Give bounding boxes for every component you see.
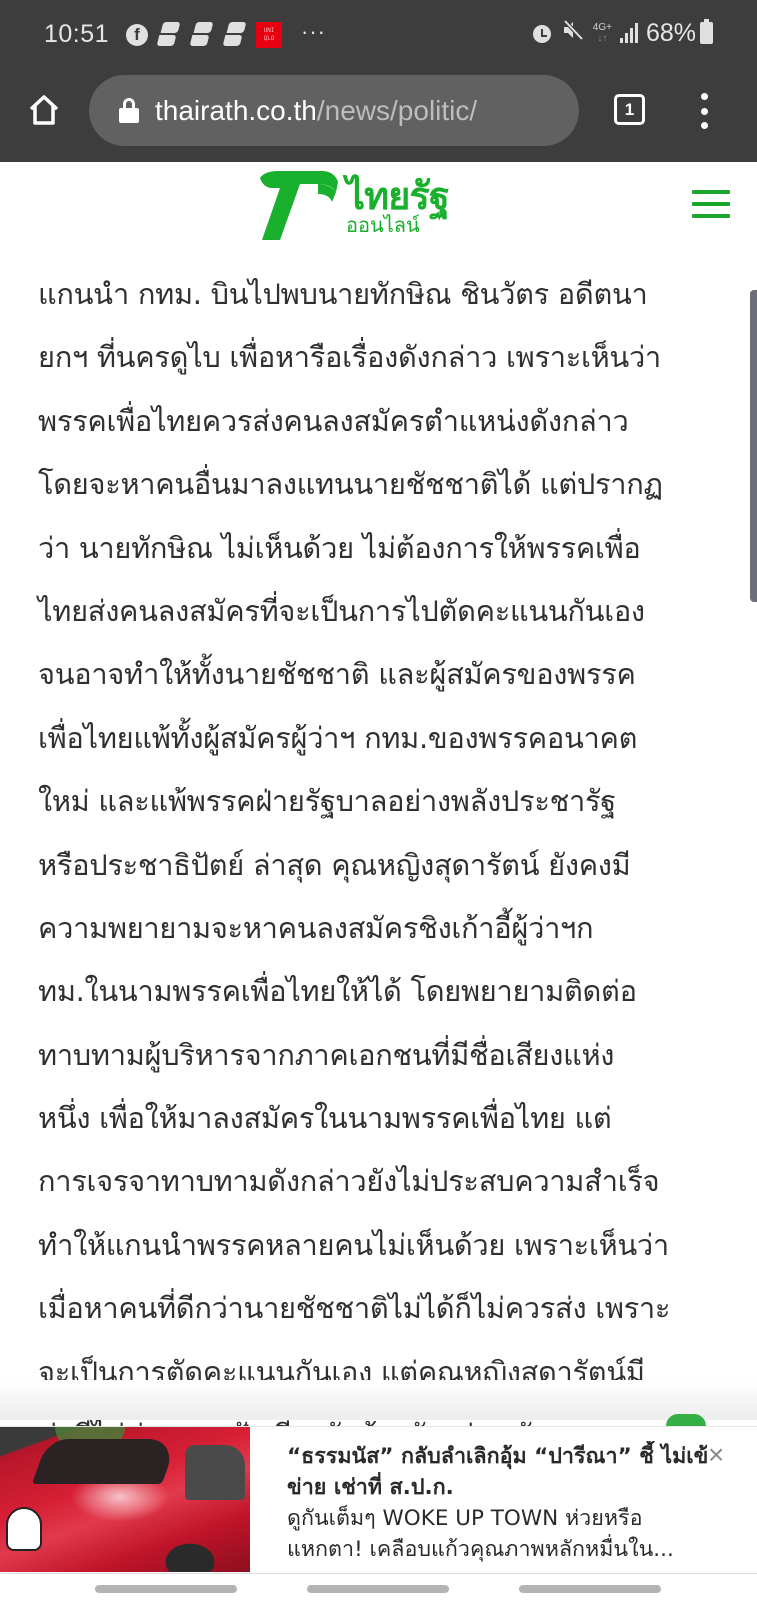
bottom-nav-bar: [0, 1573, 757, 1600]
ad-shadow: [0, 1380, 757, 1420]
nav-handle-right[interactable]: [519, 1585, 661, 1593]
nav-handle-left[interactable]: [95, 1585, 237, 1593]
ad-text[interactable]: “ธรรมนัส” กลับลำเลิกอุ้ม “ปารีณา” ชี้ ไม…: [287, 1441, 707, 1565]
mute-icon: [561, 18, 585, 48]
article-line: โดยจะหาคนอื่นมาลงแทนนายชัชชาติได้ แต่ปรา…: [38, 453, 728, 516]
home-icon: [26, 92, 62, 128]
more-notifications-icon: ···: [301, 19, 326, 45]
status-bar: 10:51 f UNI QLO ··· 4G+ ↓↑ 68%: [0, 0, 757, 72]
network-label: 4G+: [593, 22, 612, 33]
article-line: ยกฯ ที่นครดูไบ เพื่อหารือเรื่องดังกล่าว …: [38, 326, 728, 389]
ad-thumbnail-image[interactable]: [0, 1427, 250, 1572]
ad-sponsored-line1: ดูกันเต็มๆ WOKE UP TOWN ห่วยหรือ: [287, 1503, 707, 1534]
signal-icon: [620, 23, 638, 43]
article-line: แกนนำ กทม. บินไปพบนายทักษิณ ชินวัตร อดีต…: [38, 263, 728, 326]
article-line: การเจรจาทาบทามดังกล่าวยังไม่ประสบความสำเ…: [38, 1150, 728, 1213]
uniqlo-label-top: UNI: [264, 27, 275, 35]
s-app-icon: [157, 22, 181, 48]
lock-icon: [119, 98, 139, 124]
floating-green-button[interactable]: [666, 1414, 706, 1426]
ad-headline-line1: “ธรรมนัส” กลับลำเลิกอุ้ม “ปารีณา” ชี้ ไม…: [287, 1441, 707, 1472]
article-line: ความพยายามจะหาคนลงสมัครชิงเก้าอี้ผู้ว่าฯ…: [38, 897, 728, 960]
more-vert-icon[interactable]: [696, 93, 712, 129]
address-bar[interactable]: thairath.co.th/news/politic/: [89, 75, 579, 146]
url-path: /news/politic/: [317, 95, 477, 126]
ad-headline-line2: ข่าย เช่าที่ ส.ป.ก.: [287, 1472, 707, 1503]
s-app-icon: [190, 22, 214, 48]
uniqlo-label-bottom: QLO: [264, 35, 275, 43]
article-line: พรรคเพื่อไทยควรส่งคนลงสมัครตำแหน่งดังกล่…: [38, 390, 728, 453]
article-line: เพื่อไทยแพ้ทั้งผู้สมัครผู้ว่าฯ กทม.ของพร…: [38, 707, 728, 770]
page-scrollbar[interactable]: [750, 290, 757, 602]
facebook-icon: f: [126, 24, 148, 46]
article-line: เมื่อหาคนที่ดีกว่านายชัชชาติไม่ได้ก็ไม่ค…: [38, 1277, 728, 1340]
logo-t-icon: [258, 170, 340, 242]
nav-handle-center[interactable]: [307, 1585, 449, 1593]
article-line: ทม.ในนามพรรคเพื่อไทยให้ได้ โดยพยายามติดต…: [38, 960, 728, 1023]
system-icons: 4G+ ↓↑ 68%: [531, 18, 713, 48]
battery-icon: [700, 22, 713, 44]
notification-icons: f UNI QLO ···: [126, 22, 326, 48]
rabbit-sticker-icon: [6, 1507, 42, 1551]
article-line: ว่า นายทักษิณ ไม่เห็นด้วย ไม่ต้องการให้พ…: [38, 517, 728, 580]
news-ad-banner[interactable]: “ธรรมนัส” กลับลำเลิกอุ้ม “ปารีณา” ชี้ ไม…: [0, 1426, 757, 1573]
hamburger-icon[interactable]: [692, 190, 730, 218]
browser-toolbar: thairath.co.th/news/politic/ 1: [0, 72, 757, 162]
s-app-icon: [223, 22, 247, 48]
logo-main-text: ไทยรัฐ: [346, 177, 449, 215]
article-line: ไทยส่งคนลงสมัครที่จะเป็นการไปตัดคะแนนกัน…: [38, 580, 728, 643]
close-icon[interactable]: ×: [708, 1441, 724, 1469]
article-line: จนอาจทำให้ทั้งนายชัชชาติ และผู้สมัครของพ…: [38, 643, 728, 706]
site-header: ไทยรัฐ ออนไลน์: [0, 162, 757, 248]
4g-plus-icon: 4G+ ↓↑: [593, 22, 612, 44]
uniqlo-icon: UNI QLO: [256, 22, 282, 48]
article-line: หรือประชาธิปัตย์ ล่าสุด คุณหญิงสุดารัตน์…: [38, 834, 728, 897]
network-arrows: ↓↑: [593, 33, 612, 44]
article-line: ใหม่ และแพ้พรรคฝ่ายรัฐบาลอย่างพลังประชาร…: [38, 770, 728, 833]
article-line: หนึ่ง เพื่อให้มาลงสมัครในนามพรรคเพื่อไทย…: [38, 1087, 728, 1150]
home-button[interactable]: [24, 90, 64, 130]
thairath-logo[interactable]: ไทยรัฐ ออนไลน์: [258, 170, 449, 242]
article-line: ทาบทามผู้บริหารจากภาคเอกชนที่มีชื่อเสียง…: [38, 1024, 728, 1087]
article-line: ทำให้แกนนำพรรคหลายคนไม่เห็นด้วย เพราะเห็…: [38, 1214, 728, 1277]
url-text[interactable]: thairath.co.th/news/politic/: [155, 95, 477, 127]
url-host: thairath.co.th: [155, 95, 317, 126]
article-body: แกนนำ กทม. บินไปพบนายทักษิณ ชินวัตร อดีต…: [38, 263, 728, 1531]
logo-sub-text: ออนไลน์: [346, 215, 449, 235]
alarm-icon: [531, 22, 553, 44]
battery-percent: 68%: [646, 19, 696, 48]
status-time: 10:51: [44, 20, 109, 49]
ad-sponsored-line2: แหกตา! เคลือบแก้วคุณภาพหลักหมื่นใน...: [287, 1534, 707, 1565]
tab-switcher-button[interactable]: 1: [614, 94, 645, 125]
